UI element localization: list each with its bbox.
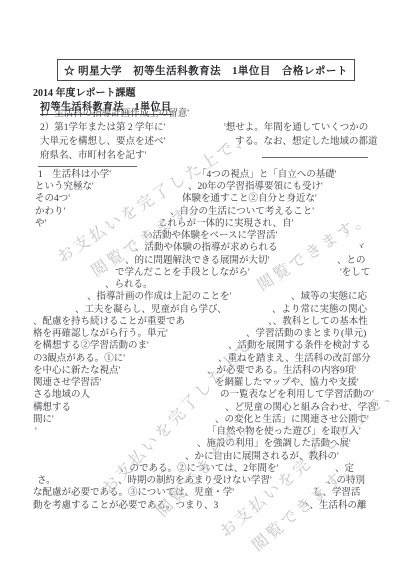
text-fragment: 、的に問題解決できる展開が大切' <box>125 256 269 267</box>
text-fragment: 大単元を構想し、要点を述べ' <box>40 137 165 148</box>
text-fragment: 府県名、市町村名を記す' <box>40 151 146 162</box>
text-fragment: 、指導計画の作成は上記のことを' <box>87 292 231 303</box>
section-divider <box>262 157 368 158</box>
text-fragment: する。なお、想定した地域の都道 <box>235 137 378 148</box>
text-fragment: 、活動や体験の指導が求められる <box>135 243 278 254</box>
text-fragment: かわり' <box>35 207 65 218</box>
text-fragment: その4つ' <box>35 194 70 205</box>
text-fragment: 1 生活科は小学' <box>38 170 111 181</box>
text-fragment: を構想する②学習活動のま' <box>33 341 149 352</box>
text-fragment: 格を再確認しながら行う。単元' <box>33 329 168 340</box>
text-fragment: 、工夫を凝らし、児童が自ら学び、 <box>75 305 227 316</box>
text-fragment: 、、教科としての基本性 <box>268 317 368 328</box>
text-fragment: 関連させ学習活' <box>33 378 101 389</box>
text-fragment: ヾ <box>356 243 366 254</box>
text-fragment: 、20年の学習指導要領にも受け' <box>188 182 323 193</box>
section-divider <box>38 166 137 167</box>
document-page: ☆ 明星大学 初等生活科教育法 1単位目 合格レポート 2014 年度レポート課… <box>0 0 410 580</box>
text-fragment: ' <box>35 427 37 438</box>
text-fragment: 動を考慮することが必要である。つまり、3 <box>33 501 218 512</box>
text-fragment: 、との <box>337 256 366 267</box>
text-fragment: で学んだことを手段としながら' <box>115 268 250 279</box>
text-fragment: 、配慮を持ち続けることが重要であ <box>33 317 185 328</box>
text-fragment: 1）生活科の指導計画作成上の留意' <box>40 109 189 120</box>
text-fragment: な配慮が必要である。③については、児童・学' <box>33 488 234 499</box>
text-fragment: の3観点がある。①に' <box>33 354 125 365</box>
text-fragment: 間に' <box>33 415 54 426</box>
text-fragment: 、域等の実態に応 <box>291 292 367 303</box>
text-fragment: 、られる。 <box>105 280 153 291</box>
text-fragment: 2）第1学年または第 2 学年に' <box>40 123 165 134</box>
text-fragment: 「4つの視点」と「自立への基礎' <box>197 170 336 181</box>
text-fragment: 、より常に実態の関心 <box>272 305 367 316</box>
text-fragment: の一覧表などを利用して学習活動の' <box>220 390 374 401</box>
text-fragment: という究極な' <box>35 182 94 193</box>
text-fragment: さる地域の人 <box>33 390 90 401</box>
text-fragment: 'をして <box>340 268 370 279</box>
report-title-box: ☆ 明星大学 初等生活科教育法 1単位目 合格レポート <box>57 59 355 81</box>
text-fragment: さ。 <box>37 476 56 487</box>
report-year-line: 2014 年度レポート課題 <box>33 84 136 99</box>
text-fragment: 構想する <box>33 403 71 414</box>
text-fragment: を網羅したマップや、協力や支援' <box>215 378 359 389</box>
report-title: ☆ 明星大学 初等生活科教育法 1単位目 合格レポート <box>64 63 348 78</box>
text-fragment: や' <box>35 219 46 230</box>
text-fragment: を中心に新たな視点' <box>33 366 120 377</box>
